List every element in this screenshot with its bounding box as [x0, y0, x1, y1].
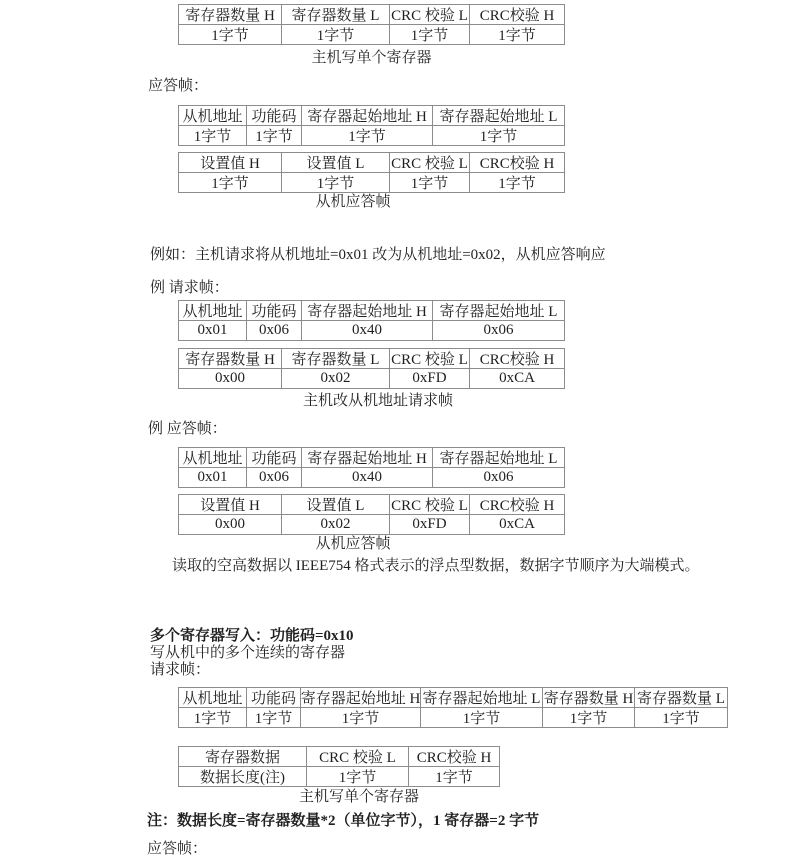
- value-cell: 1字节: [390, 173, 470, 192]
- table-header-row: 从机地址 功能码 寄存器起始地址 H 寄存器起始地址 L: [179, 448, 564, 467]
- value-cell: 1字节: [282, 173, 390, 192]
- table-value-row: 1字节 1字节 1字节 1字节: [179, 24, 564, 44]
- table-header-row: 从机地址 功能码 寄存器起始地址 H 寄存器起始地址 L: [179, 106, 564, 125]
- value-cell: 0x06: [247, 468, 302, 487]
- table-caption: 主机改从机地址请求帧: [178, 393, 578, 409]
- value-cell: 0x00: [179, 515, 282, 534]
- table-header-row: 寄存器数量 H 寄存器数量 L CRC 校验 L CRC校验 H: [179, 349, 564, 368]
- header-cell: CRC 校验 L: [390, 349, 470, 368]
- table-value-row: 0x00 0x02 0xFD 0xCA: [179, 514, 564, 534]
- header-cell: 功能码: [247, 106, 302, 125]
- value-cell: 1字节: [307, 767, 409, 786]
- header-cell: 从机地址: [179, 688, 247, 707]
- value-cell: 0x06: [433, 468, 564, 487]
- value-cell: 0x00: [179, 369, 282, 388]
- header-cell: 寄存器数量 L: [282, 5, 390, 24]
- write-single-reply-head-table: 从机地址 功能码 寄存器起始地址 H 寄存器起始地址 L 1字节 1字节 1字节…: [178, 105, 565, 146]
- value-cell: 0xFD: [390, 515, 470, 534]
- header-cell: 寄存器起始地址 L: [433, 106, 564, 125]
- example-intro-text: 例如：主机请求将从机地址=0x01 改为从机地址=0x02，从机应答响应: [150, 247, 606, 264]
- value-cell: 0x02: [282, 515, 390, 534]
- header-cell: 寄存器数量 L: [635, 688, 727, 707]
- request-frame-label: 请求帧：: [150, 662, 210, 679]
- table-header-row: 寄存器数据 CRC 校验 L CRC校验 H: [179, 747, 499, 766]
- header-cell: 寄存器起始地址 H: [302, 106, 433, 125]
- header-cell: 功能码: [247, 301, 302, 320]
- value-cell: 0x02: [282, 369, 390, 388]
- table-header-row: 寄存器数量 H 寄存器数量 L CRC 校验 L CRC校验 H: [179, 5, 564, 24]
- value-cell: 0x40: [302, 321, 433, 340]
- value-cell: 1字节: [247, 708, 301, 727]
- value-cell: 0xCA: [470, 515, 564, 534]
- table-value-row: 数据长度(注) 1字节 1字节: [179, 766, 499, 786]
- multi-register-write-title: 多个寄存器写入：功能码=0x10: [150, 628, 354, 645]
- table-value-row: 1字节 1字节 1字节 1字节: [179, 125, 564, 145]
- value-cell: 1字节: [301, 708, 421, 727]
- value-cell: 0xFD: [390, 369, 470, 388]
- example-reply-label: 例 应答帧：: [148, 421, 227, 438]
- header-cell: 设置值 H: [179, 153, 282, 172]
- value-cell: 1字节: [302, 126, 433, 145]
- value-cell: 1字节: [179, 126, 247, 145]
- table-value-row: 0x00 0x02 0xFD 0xCA: [179, 368, 564, 388]
- multi-write-request-tail-table: 寄存器数据 CRC 校验 L CRC校验 H 数据长度(注) 1字节 1字节: [178, 746, 500, 787]
- value-cell: 0x06: [433, 321, 564, 340]
- header-cell: 寄存器数量 H: [543, 688, 635, 707]
- table-header-row: 从机地址 功能码 寄存器起始地址 H 寄存器起始地址 L 寄存器数量 H 寄存器…: [179, 688, 727, 707]
- header-cell: 功能码: [247, 448, 302, 467]
- value-cell: 1字节: [409, 767, 499, 786]
- ieee754-note: 读取的空高数据以 IEEE754 格式表示的浮点型数据，数据字节顺序为大端模式。: [172, 558, 700, 575]
- header-cell: 设置值 H: [179, 495, 282, 514]
- example-request-tail-table: 寄存器数量 H 寄存器数量 L CRC 校验 L CRC校验 H 0x00 0x…: [178, 348, 565, 389]
- example-request-label: 例 请求帧：: [150, 280, 229, 297]
- header-cell: 设置值 L: [282, 495, 390, 514]
- header-cell: 寄存器起始地址 L: [433, 448, 564, 467]
- multi-write-request-head-table: 从机地址 功能码 寄存器起始地址 H 寄存器起始地址 L 寄存器数量 H 寄存器…: [178, 687, 728, 728]
- header-cell: 寄存器数量 H: [179, 5, 282, 24]
- multi-register-write-desc: 写从机中的多个连续的寄存器: [150, 645, 345, 662]
- header-cell: 寄存器起始地址 L: [433, 301, 564, 320]
- value-cell: 1字节: [470, 25, 564, 44]
- reply-frame-label: 应答帧：: [148, 78, 208, 95]
- value-cell: 1字节: [179, 173, 282, 192]
- header-cell: 寄存器起始地址 L: [421, 688, 543, 707]
- value-cell: 0xCA: [470, 369, 564, 388]
- header-cell: 设置值 L: [282, 153, 390, 172]
- data-length-note: 注：数据长度=寄存器数量*2（单位字节），1 寄存器=2 字节: [147, 813, 539, 830]
- header-cell: 寄存器数量 H: [179, 349, 282, 368]
- table-caption: 从机应答帧: [178, 194, 528, 210]
- header-cell: 功能码: [247, 688, 301, 707]
- value-cell: 1字节: [179, 708, 247, 727]
- value-cell: 1字节: [390, 25, 470, 44]
- write-single-reply-tail-table: 设置值 H 设置值 L CRC 校验 L CRC校验 H 1字节 1字节 1字节…: [178, 152, 565, 193]
- table-header-row: 从机地址 功能码 寄存器起始地址 H 寄存器起始地址 L: [179, 301, 564, 320]
- header-cell: CRC校验 H: [470, 349, 564, 368]
- header-cell: CRC 校验 L: [390, 495, 470, 514]
- example-reply-head-table: 从机地址 功能码 寄存器起始地址 H 寄存器起始地址 L 0x01 0x06 0…: [178, 447, 565, 488]
- value-cell: 1字节: [421, 708, 543, 727]
- value-cell: 1字节: [179, 25, 282, 44]
- table-value-row: 0x01 0x06 0x40 0x06: [179, 320, 564, 340]
- header-cell: 寄存器起始地址 H: [301, 688, 421, 707]
- table-caption: 主机写单个寄存器: [178, 789, 540, 805]
- reply-frame-label-2: 应答帧：: [147, 841, 207, 858]
- table-caption: 从机应答帧: [178, 536, 528, 552]
- value-cell: 0x01: [179, 468, 247, 487]
- table-value-row: 1字节 1字节 1字节 1字节 1字节 1字节: [179, 707, 727, 727]
- value-cell: 1字节: [635, 708, 727, 727]
- table-caption: 主机写单个寄存器: [178, 50, 565, 66]
- value-cell: 1字节: [543, 708, 635, 727]
- header-cell: 从机地址: [179, 106, 247, 125]
- table-header-row: 设置值 H 设置值 L CRC 校验 L CRC校验 H: [179, 153, 564, 172]
- header-cell: CRC校验 H: [470, 495, 564, 514]
- example-reply-tail-table: 设置值 H 设置值 L CRC 校验 L CRC校验 H 0x00 0x02 0…: [178, 494, 565, 535]
- value-cell: 数据长度(注): [179, 767, 307, 786]
- header-cell: 寄存器起始地址 H: [302, 448, 433, 467]
- header-cell: CRC 校验 L: [390, 153, 470, 172]
- write-single-request-tail-table: 寄存器数量 H 寄存器数量 L CRC 校验 L CRC校验 H 1字节 1字节…: [178, 4, 565, 45]
- value-cell: 0x06: [247, 321, 302, 340]
- table-header-row: 设置值 H 设置值 L CRC 校验 L CRC校验 H: [179, 495, 564, 514]
- header-cell: 寄存器数据: [179, 747, 307, 766]
- table-value-row: 0x01 0x06 0x40 0x06: [179, 467, 564, 487]
- header-cell: 寄存器数量 L: [282, 349, 390, 368]
- header-cell: CRC校验 H: [470, 5, 564, 24]
- header-cell: CRC 校验 L: [307, 747, 409, 766]
- value-cell: 1字节: [470, 173, 564, 192]
- header-cell: CRC 校验 L: [390, 5, 470, 24]
- value-cell: 0x01: [179, 321, 247, 340]
- value-cell: 1字节: [282, 25, 390, 44]
- header-cell: 从机地址: [179, 448, 247, 467]
- example-request-head-table: 从机地址 功能码 寄存器起始地址 H 寄存器起始地址 L 0x01 0x06 0…: [178, 300, 565, 341]
- table-value-row: 1字节 1字节 1字节 1字节: [179, 172, 564, 192]
- header-cell: CRC校验 H: [470, 153, 564, 172]
- value-cell: 0x40: [302, 468, 433, 487]
- value-cell: 1字节: [247, 126, 302, 145]
- header-cell: 从机地址: [179, 301, 247, 320]
- header-cell: 寄存器起始地址 H: [302, 301, 433, 320]
- value-cell: 1字节: [433, 126, 564, 145]
- header-cell: CRC校验 H: [409, 747, 499, 766]
